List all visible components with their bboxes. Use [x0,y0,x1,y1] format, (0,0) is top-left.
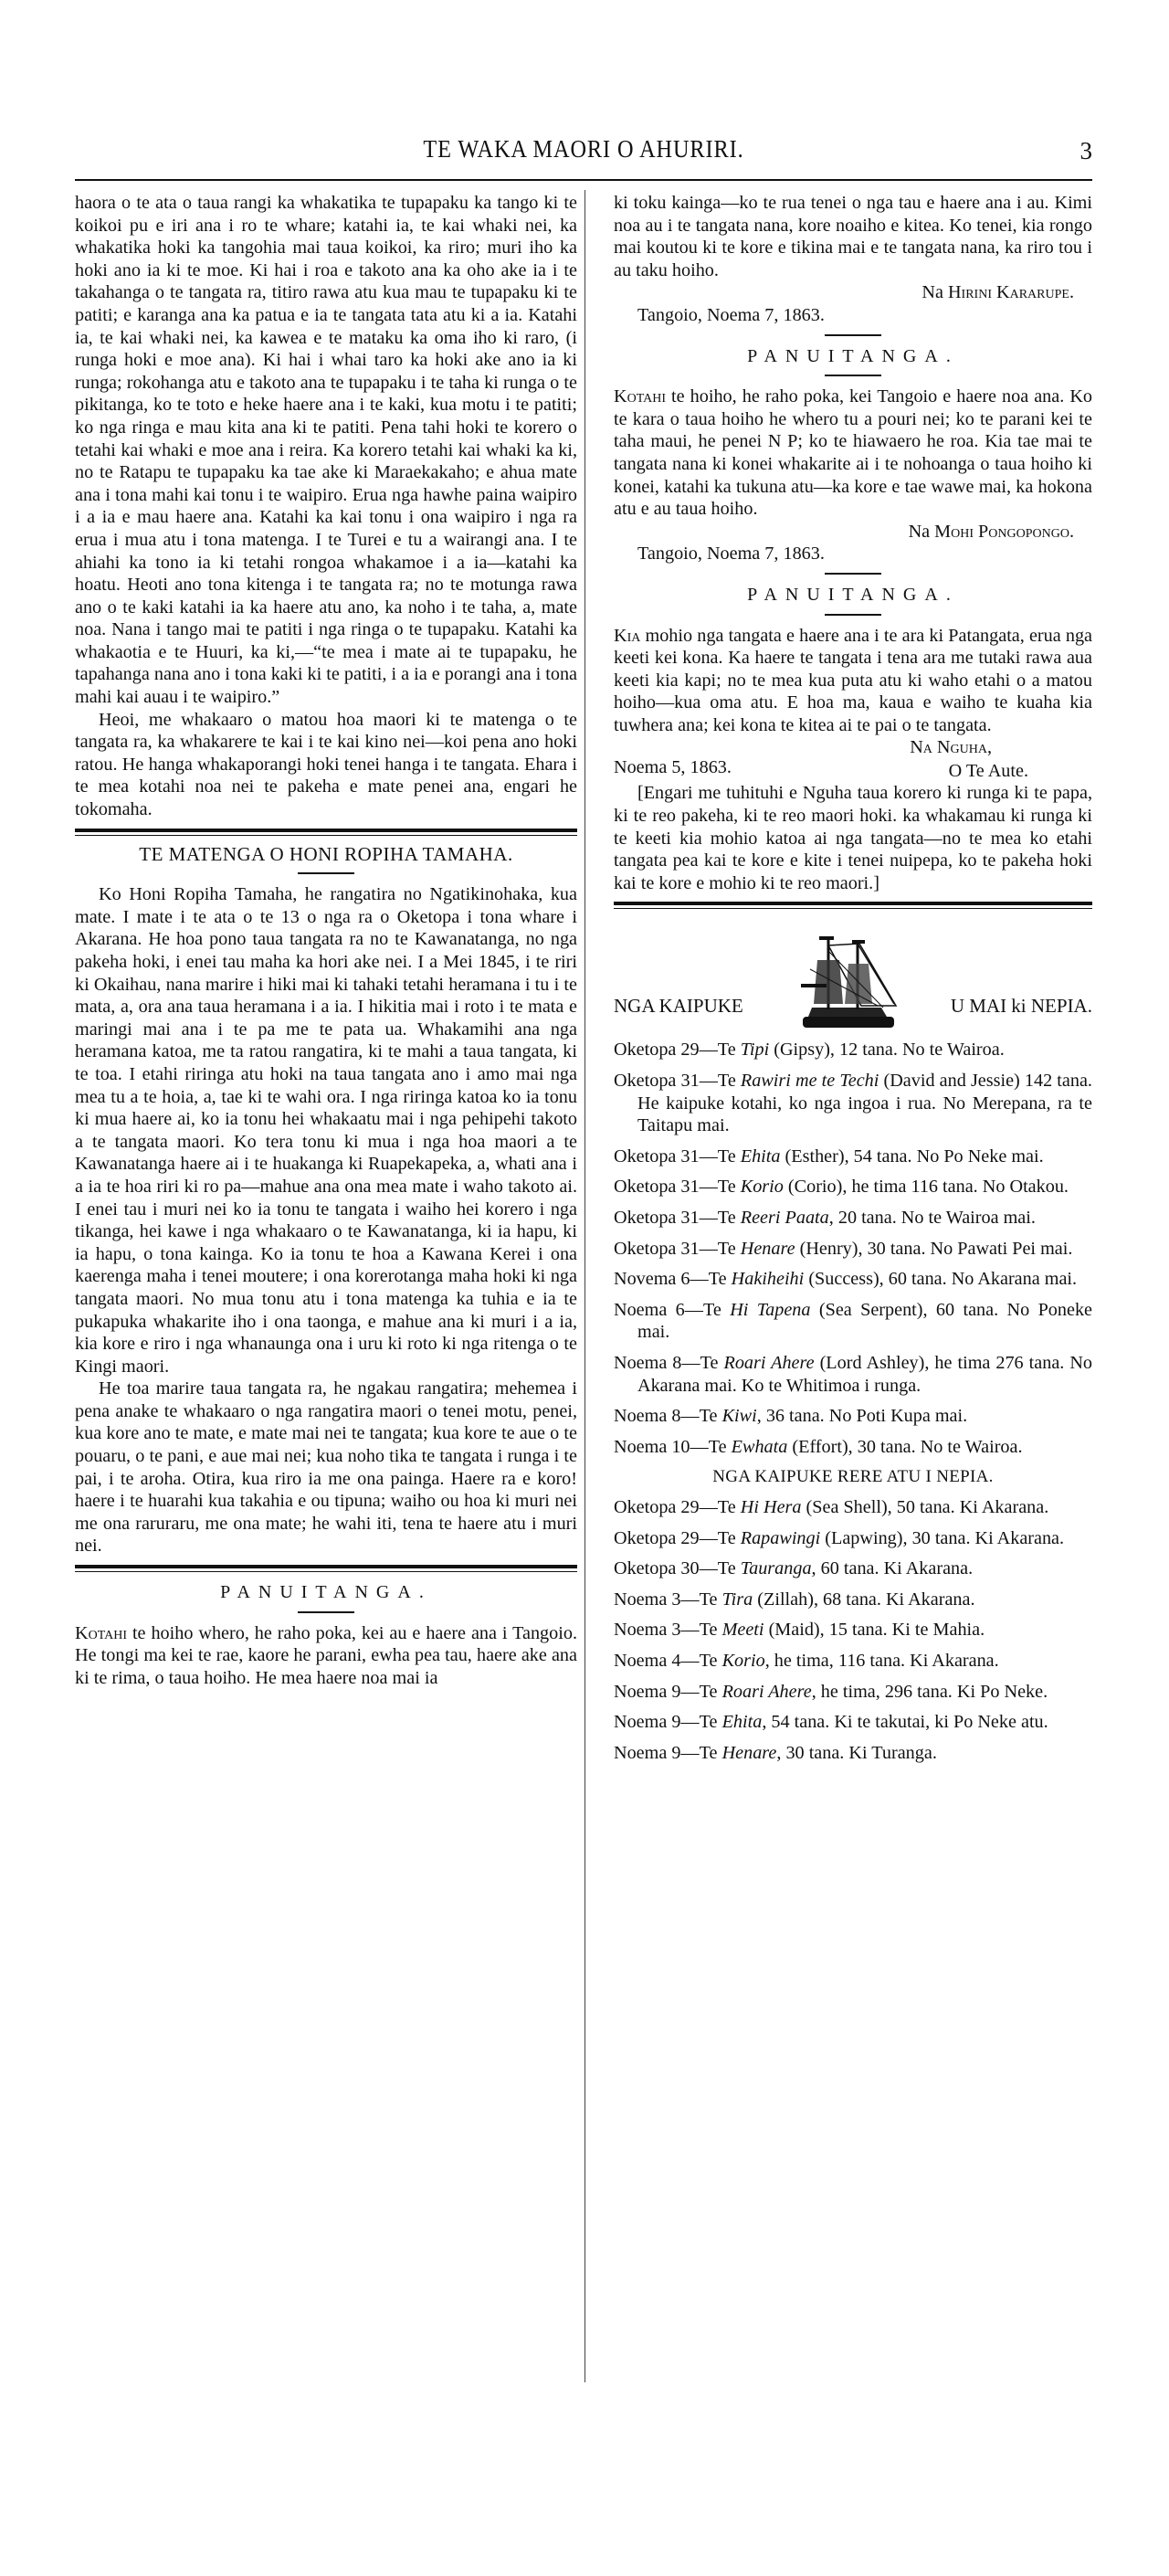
page-number: 3 [1080,137,1093,165]
notice-body: te hoiho, he raho poka, kei Tangoio e ha… [614,386,1092,519]
ship-name: Henare [741,1239,795,1259]
list-item: Oketopa 30—Te Tauranga, 60 tana. Ki Akar… [614,1557,1092,1580]
list-item: Oketopa 29—Te Rapawingi (Lapwing), 30 ta… [614,1527,1092,1550]
notice-heading: PANUITANGA. [614,345,1092,368]
list-item: Noema 8—Te Kiwi, 36 tana. No Poti Kupa m… [614,1405,1092,1428]
entry-date: Novema 6—Te [614,1269,732,1289]
ship-name: Roari Ahere [722,1682,812,1702]
entry-details: (Lapwing), 30 tana. Ki Akarana. [820,1528,1064,1548]
arrivals-heading-left: NGA KAIPUKE [614,995,743,1034]
notice-lead-word: Kotahi [614,386,666,406]
entry-details: (Esther), 54 tana. No Po Neke mai. [781,1146,1044,1167]
sailing-ship-icon [792,933,901,1033]
ship-name: Tipi [741,1040,769,1060]
list-item: Oketopa 31—Te Rawiri me te Techi (David … [614,1070,1092,1137]
notice-heading: PANUITANGA. [614,584,1092,607]
column-divider [584,190,585,2382]
arrivals-list: Oketopa 29—Te Tipi (Gipsy), 12 tana. No … [614,1039,1092,1458]
entry-date: Oketopa 30—Te [614,1558,741,1578]
arrivals-heading-right: U MAI ki NEPIA. [951,995,1092,1034]
notice-lead-word: Kia [614,626,640,646]
heading-rule [298,872,354,874]
entry-details: (Sea Shell), 50 tana. Ki Akarana. [801,1497,1048,1517]
entry-details: (Corio), he tima 116 tana. No Otakou. [784,1177,1069,1197]
notice-text: Kotahi te hoiho whero, he raho poka, kei… [75,1622,577,1690]
notice-lead-word: Kotahi [75,1623,127,1643]
signature: Na Hirini Kararupe. [614,281,1092,304]
ship-name: Korio [741,1177,784,1197]
ship-name: Tira [722,1589,753,1610]
signature-prefix: Na [922,282,948,302]
masthead-rule [75,179,1092,181]
signature-place: O Te Aute. [949,760,1028,783]
list-item: Noema 6—Te Hi Tapena (Sea Serpent), 60 t… [614,1299,1092,1344]
ship-name: Kiwi [722,1406,757,1426]
section-divider [75,829,577,836]
signature: Na Mohi Pongopongo. [614,521,1092,544]
signature-name: Na Nguha, [910,736,992,759]
dateline: Noema 5, 1863. [614,756,732,779]
list-item: Noema 9—Te Henare, 30 tana. Ki Turanga. [614,1742,1092,1765]
left-column: haora o te ata o taua rangi ka whakatika… [75,192,577,1689]
entry-details: , he tima, 296 tana. Ki Po Neke. [812,1682,1048,1702]
entry-date: Oketopa 31—Te [614,1239,741,1259]
section-divider [75,1565,577,1572]
entry-date: Noema 6—Te [614,1300,730,1320]
heading-rule [298,1611,354,1613]
section-divider [614,902,1092,909]
ship-name: Hi Tapena [730,1300,810,1320]
entry-details: , 54 tana. Ki te takutai, ki Po Neke atu… [762,1712,1048,1732]
ship-name: Meeti [722,1620,764,1640]
entry-date: Noema 8—Te [614,1406,722,1426]
entry-date: Noema 9—Te [614,1682,722,1702]
entry-date: Oketopa 29—Te [614,1528,741,1548]
ship-name: Ehita [741,1146,781,1167]
obituary-heading: TE MATENGA O HONI ROPIHA TAMAHA. [75,843,577,866]
list-item: Noema 10—Te Ewhata (Effort), 30 tana. No… [614,1436,1092,1459]
notice-heading: PANUITANGA. [75,1581,577,1604]
signature-name: Hirini Kararupe. [948,282,1074,302]
article-closing-paragraph: Heoi, me whakaaro o matou hoa maori ki t… [75,709,577,821]
heading-rule [825,334,881,336]
entry-date: Oketopa 29—Te [614,1497,741,1517]
entry-date: Noema 9—Te [614,1712,722,1732]
list-item: Noema 9—Te Roari Ahere, he tima, 296 tan… [614,1681,1092,1704]
entry-details: , 30 tana. Ki Turanga. [776,1743,937,1763]
entry-date: Noema 9—Te [614,1743,722,1763]
entry-details: , he tima, 116 tana. Ki Akarana. [765,1651,999,1671]
continued-article-text: haora o te ata o taua rangi ka whakatika… [75,192,577,709]
departures-heading: NGA KAIPUKE RERE ATU I NEPIA. [614,1466,1092,1489]
shipping-arrivals-heading: NGA KAIPUKE U MAI ki NEPIA. [614,933,1092,1033]
entry-date: Oketopa 31—Te [614,1071,741,1091]
list-item: Oketopa 31—Te Korio (Corio), he tima 116… [614,1176,1092,1198]
entry-details: , 36 tana. No Poti Kupa mai. [757,1406,967,1426]
notice-text: Kotahi te hoiho, he raho poka, kei Tango… [614,385,1092,521]
entry-details: , 20 tana. No te Wairoa mai. [829,1208,1036,1228]
entry-details: (Zillah), 68 tana. Ki Akarana. [753,1589,974,1610]
obituary-paragraph: He toa marire taua tangata ra, he ngakau… [75,1378,577,1557]
notice-body: te hoiho whero, he raho poka, kei au e h… [75,1623,577,1688]
entry-date: Oketopa 31—Te [614,1177,741,1197]
list-item: Novema 6—Te Hakiheihi (Success), 60 tana… [614,1268,1092,1291]
entry-details: (Maid), 15 tana. Ki te Mahia. [764,1620,985,1640]
entry-date: Noema 10—Te [614,1437,732,1457]
entry-details: (Success), 60 tana. No Akarana mai. [804,1269,1077,1289]
list-item: Oketopa 31—Te Ehita (Esther), 54 tana. N… [614,1145,1092,1168]
notice-body: mohio nga tangata e haere ana i te ara k… [614,626,1092,735]
notice-text: Kia mohio nga tangata e haere ana i te a… [614,625,1092,737]
entry-date: Oketopa 31—Te [614,1208,741,1228]
list-item: Oketopa 29—Te Tipi (Gipsy), 12 tana. No … [614,1039,1092,1061]
list-item: Noema 9—Te Ehita, 54 tana. Ki te takutai… [614,1711,1092,1734]
departures-list: Oketopa 29—Te Hi Hera (Sea Shell), 50 ta… [614,1496,1092,1764]
continued-notice-text: ki toku kainga—ko te rua tenei o nga tau… [614,192,1092,281]
obituary-paragraph: Ko Honi Ropiha Tamaha, he rangatira no N… [75,883,577,1378]
ship-name: Reeri Paata [741,1208,829,1228]
ship-name: Ewhata [732,1437,788,1457]
ship-name: Rawiri me te Techi [741,1071,879,1091]
ship-name: Hakiheihi [732,1269,805,1289]
ship-name: Hi Hera [741,1497,802,1517]
entry-details: (Henry), 30 tana. No Pawati Pei mai. [795,1239,1073,1259]
list-item: Oketopa 31—Te Henare (Henry), 30 tana. N… [614,1238,1092,1261]
masthead: TE WAKA MAORI O AHURIRI. 3 [75,135,1092,172]
list-item: Noema 3—Te Tira (Zillah), 68 tana. Ki Ak… [614,1589,1092,1611]
ship-name: Henare [722,1743,777,1763]
signature-name: Mohi Pongopongo. [934,522,1074,542]
newspaper-title: TE WAKA MAORI O AHURIRI. [126,135,1042,164]
entry-date: Noema 8—Te [614,1353,723,1373]
list-item: Noema 4—Te Korio, he tima, 116 tana. Ki … [614,1650,1092,1673]
entry-details: (Gipsy), 12 tana. No te Wairoa. [769,1040,1005,1060]
ship-name: Korio [722,1651,765,1671]
heading-rule [825,375,881,376]
editor-note: [Engari me tuhituhi e Nguha taua korero … [614,782,1092,894]
entry-date: Oketopa 31—Te [614,1146,741,1167]
heading-rule [825,614,881,616]
heading-rule [825,573,881,575]
right-column: ki toku kainga—ko te rua tenei o nga tau… [614,192,1092,1772]
ship-name: Rapawingi [741,1528,820,1548]
ship-name: Roari Ahere [723,1353,814,1373]
entry-details: (Effort), 30 tana. No te Wairoa. [787,1437,1022,1457]
ship-name: Ehita [722,1712,763,1732]
signature-prefix: Na [909,522,935,542]
list-item: Oketopa 31—Te Reeri Paata, 20 tana. No t… [614,1207,1092,1230]
dateline: Tangoio, Noema 7, 1863. [614,304,1092,327]
entry-date: Noema 3—Te [614,1589,722,1610]
entry-date: Noema 4—Te [614,1651,722,1671]
entry-date: Noema 3—Te [614,1620,722,1640]
dateline: Tangoio, Noema 7, 1863. [614,543,1092,565]
entry-details: , 60 tana. Ki Akarana. [812,1558,974,1578]
ship-name: Tauranga [741,1558,812,1578]
entry-date: Oketopa 29—Te [614,1040,741,1060]
list-item: Oketopa 29—Te Hi Hera (Sea Shell), 50 ta… [614,1496,1092,1519]
signature-block: Noema 5, 1863. Na Nguha, O Te Aute. [614,736,1092,782]
list-item: Noema 3—Te Meeti (Maid), 15 tana. Ki te … [614,1619,1092,1642]
list-item: Noema 8—Te Roari Ahere (Lord Ashley), he… [614,1352,1092,1397]
